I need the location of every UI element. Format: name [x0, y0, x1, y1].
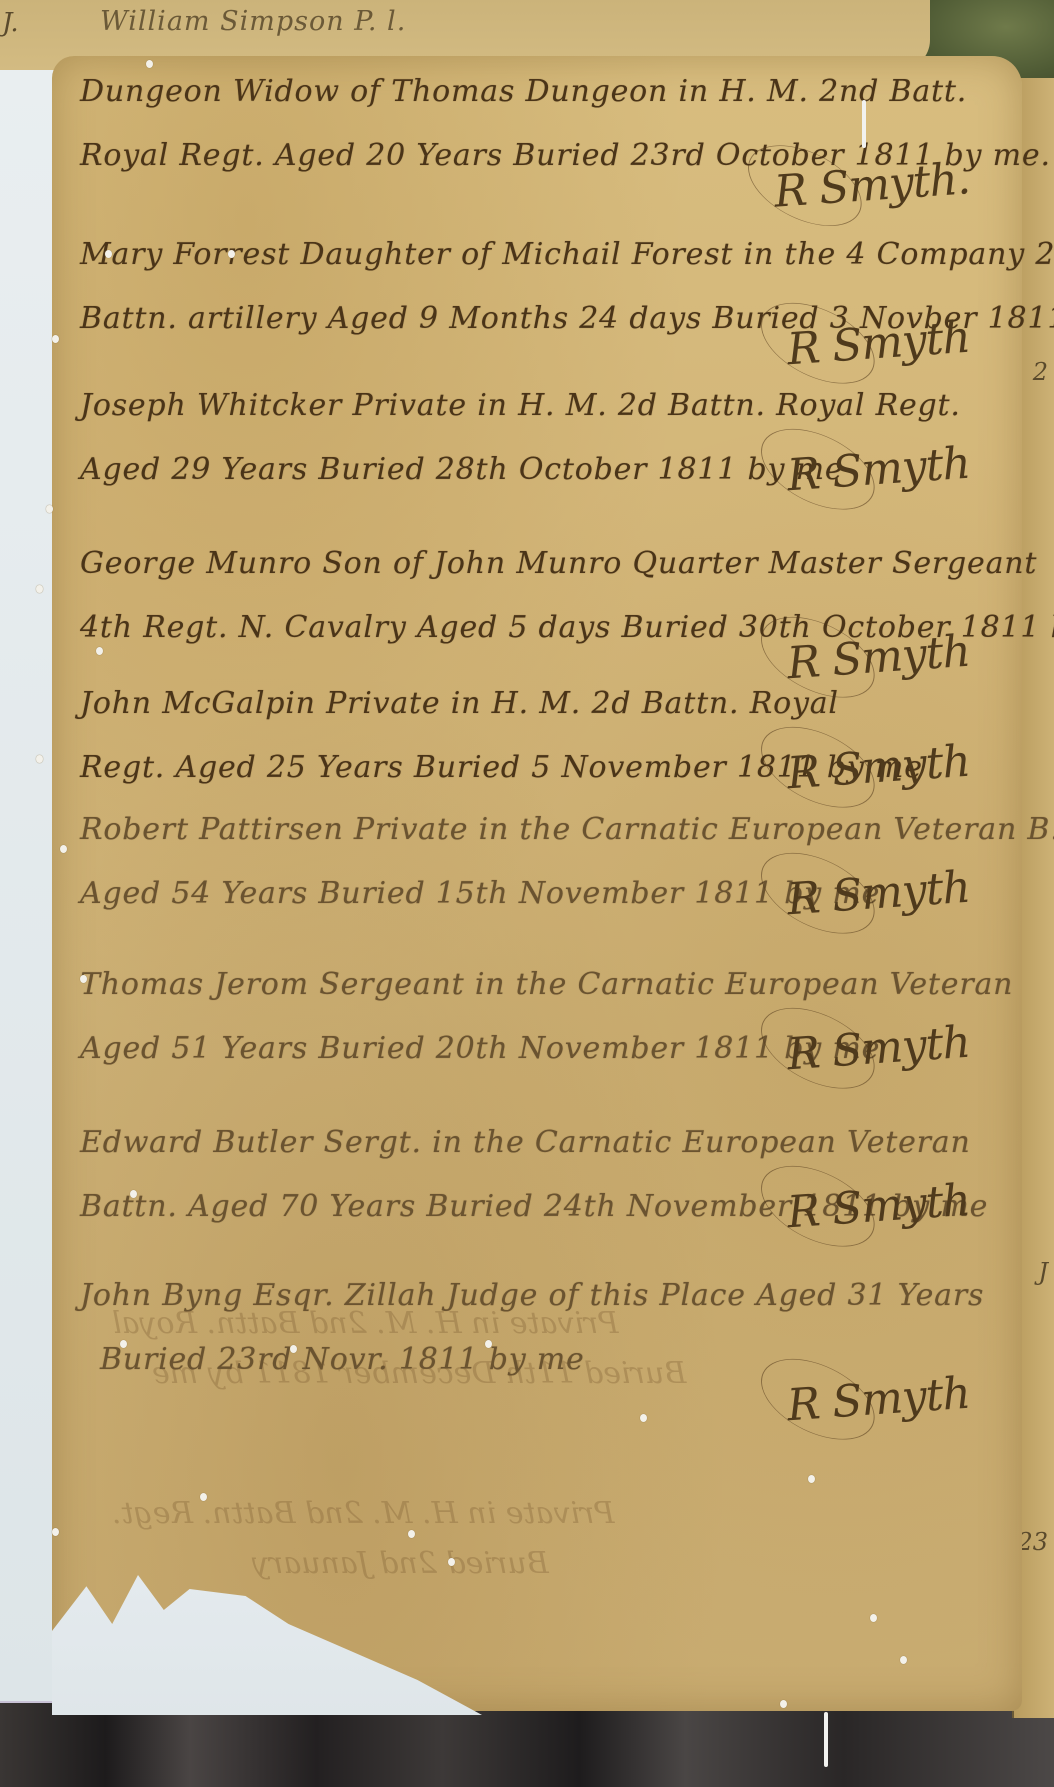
entry-line: Joseph Whitcker Private in H. M. 2d Batt… [80, 374, 1000, 438]
previous-page-margin-mark: J. [2, 8, 19, 38]
paper-slit [862, 100, 866, 148]
worm-hole [130, 1190, 137, 1198]
worm-hole [228, 250, 235, 258]
entry-line: George Munro Son of John Munro Quarter M… [80, 532, 1000, 596]
worm-hole [80, 975, 87, 983]
worm-hole [290, 1345, 297, 1353]
burial-entry: Thomas Jerom Sergeant in the Carnatic Eu… [80, 953, 1000, 1081]
worm-hole [408, 1530, 415, 1538]
worm-hole [200, 1493, 207, 1501]
burial-entry: Mary Forrest Daughter of Michail Forest … [80, 223, 1000, 351]
entry-line: Edward Butler Sergt. in the Carnatic Eur… [80, 1111, 1000, 1175]
burial-entry: John McGalpin Private in H. M. 2d Battn.… [80, 672, 1000, 800]
burial-entry: George Munro Son of John Munro Quarter M… [80, 532, 1000, 660]
ink-bleed-through: Private in H. M. 2nd Battn. Regt. [112, 1496, 615, 1531]
worm-hole [52, 1528, 59, 1536]
ink-bleed-through: Buried 2nd January [252, 1546, 549, 1581]
facing-page-mark: J [1038, 1258, 1048, 1286]
paper-slit [824, 1712, 828, 1767]
worm-hole [870, 1614, 877, 1622]
worm-hole [900, 1656, 907, 1664]
burial-entry: Joseph Whitcker Private in H. M. 2d Batt… [80, 374, 1000, 502]
officiant-signature: R Smyth. [773, 153, 972, 218]
facing-page-mark: 23 [1017, 1528, 1048, 1556]
facing-page-mark: 2 [1033, 358, 1048, 386]
worm-hole [105, 250, 112, 258]
entry-line: John McGalpin Private in H. M. 2d Battn.… [80, 672, 1000, 736]
entry-line: Thomas Jerom Sergeant in the Carnatic Eu… [80, 953, 1000, 1017]
worm-hole [36, 585, 43, 593]
worm-hole [120, 1340, 127, 1348]
worm-hole [36, 755, 43, 763]
worm-hole [96, 647, 103, 655]
entry-line: Robert Pattirsen Private in the Carnatic… [80, 798, 1000, 862]
worm-hole [808, 1475, 815, 1483]
burial-entry: Robert Pattirsen Private in the Carnatic… [80, 798, 1000, 926]
worm-hole [485, 1340, 492, 1348]
burial-entry: Edward Butler Sergt. in the Carnatic Eur… [80, 1111, 1000, 1239]
previous-page-fragment: William Simpson P. l. [100, 6, 406, 37]
worm-hole [46, 505, 53, 513]
worm-hole [448, 1558, 455, 1566]
worm-hole [60, 845, 67, 853]
worm-hole [640, 1414, 647, 1422]
burial-entries: Dungeon Widow of Thomas Dungeon in H. M.… [80, 60, 1000, 1212]
burial-entry: John Byng Esqr. Zillah Judge of this Pla… [80, 1264, 1000, 1392]
officiant-signature: R Smyth [786, 312, 972, 376]
worm-hole [146, 60, 153, 68]
entry-line: Mary Forrest Daughter of Michail Forest … [80, 223, 1000, 287]
worm-hole [780, 1700, 787, 1708]
worm-hole [52, 335, 59, 343]
entry-line: John Byng Esqr. Zillah Judge of this Pla… [80, 1264, 1000, 1328]
